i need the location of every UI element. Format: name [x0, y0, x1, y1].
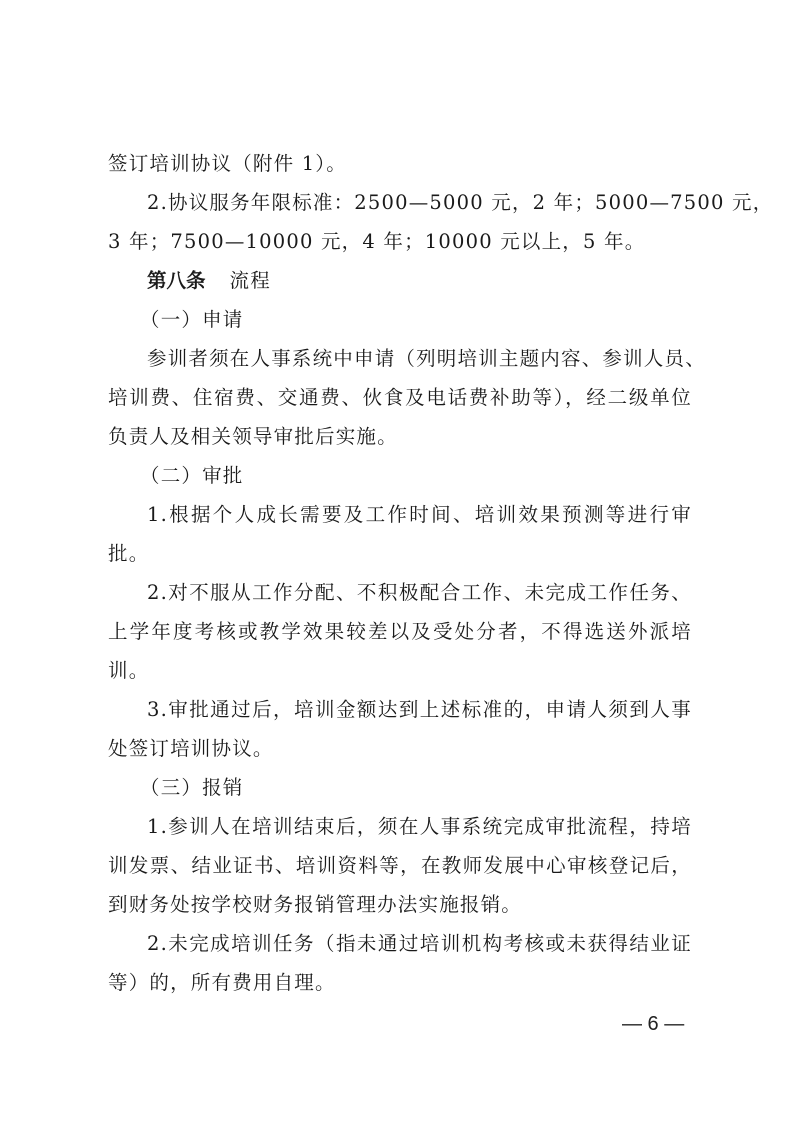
section-heading-reimbursement: （三）报销 — [108, 768, 692, 807]
text-line: 3.审批通过后，培训金额达到上述标准的，申请人须到人事 — [108, 690, 692, 729]
article-title: 流程 — [230, 269, 271, 292]
text-line: 1.根据个人成长需要及工作时间、培训效果预测等进行审 — [108, 495, 692, 534]
text-line: 3 年；7500—10000 元，4 年；10000 元以上，5 年。 — [108, 222, 692, 261]
text-line: 培训费、住宿费、交通费、伙食及电话费补助等），经二级单位 — [108, 378, 692, 417]
text-line: 2.对不服从工作分配、不积极配合工作、未完成工作任务、 — [108, 573, 692, 612]
text-line: 到财务处按学校财务报销管理办法实施报销。 — [108, 885, 692, 924]
text-line: 训。 — [108, 651, 692, 690]
text-line: 1.参训人在培训结束后，须在人事系统完成审批流程，持培 — [108, 807, 692, 846]
document-page-body: 签订培训协议（附件 1）。 2.协议服务年限标准：2500—5000 元，2 年… — [108, 144, 692, 1002]
text-line: 批。 — [108, 534, 692, 573]
text-line: 等）的，所有费用自理。 — [108, 963, 692, 1002]
section-heading-application: （一）申请 — [108, 300, 692, 339]
text-line: 处签订培训协议。 — [108, 729, 692, 768]
text-line: 签订培训协议（附件 1）。 — [108, 144, 692, 183]
page-number: — 6 — — [622, 1013, 702, 1036]
text-line: 参训者须在人事系统中申请（列明培训主题内容、参训人员、 — [108, 339, 692, 378]
text-line: 负责人及相关领导审批后实施。 — [108, 417, 692, 456]
text-line: 2.协议服务年限标准：2500—5000 元，2 年；5000—7500 元， — [108, 183, 692, 222]
text-line: 上学年度考核或教学效果较差以及受处分者，不得选送外派培 — [108, 612, 692, 651]
text-line: 训发票、结业证书、培训资料等，在教师发展中心审核登记后， — [108, 846, 692, 885]
article-number: 第八条 — [147, 269, 206, 292]
text-line: 2.未完成培训任务（指未通过培训机构考核或未获得结业证 — [108, 924, 692, 963]
section-heading-approval: （二）审批 — [108, 456, 692, 495]
article-heading: 第八条流程 — [108, 261, 692, 300]
